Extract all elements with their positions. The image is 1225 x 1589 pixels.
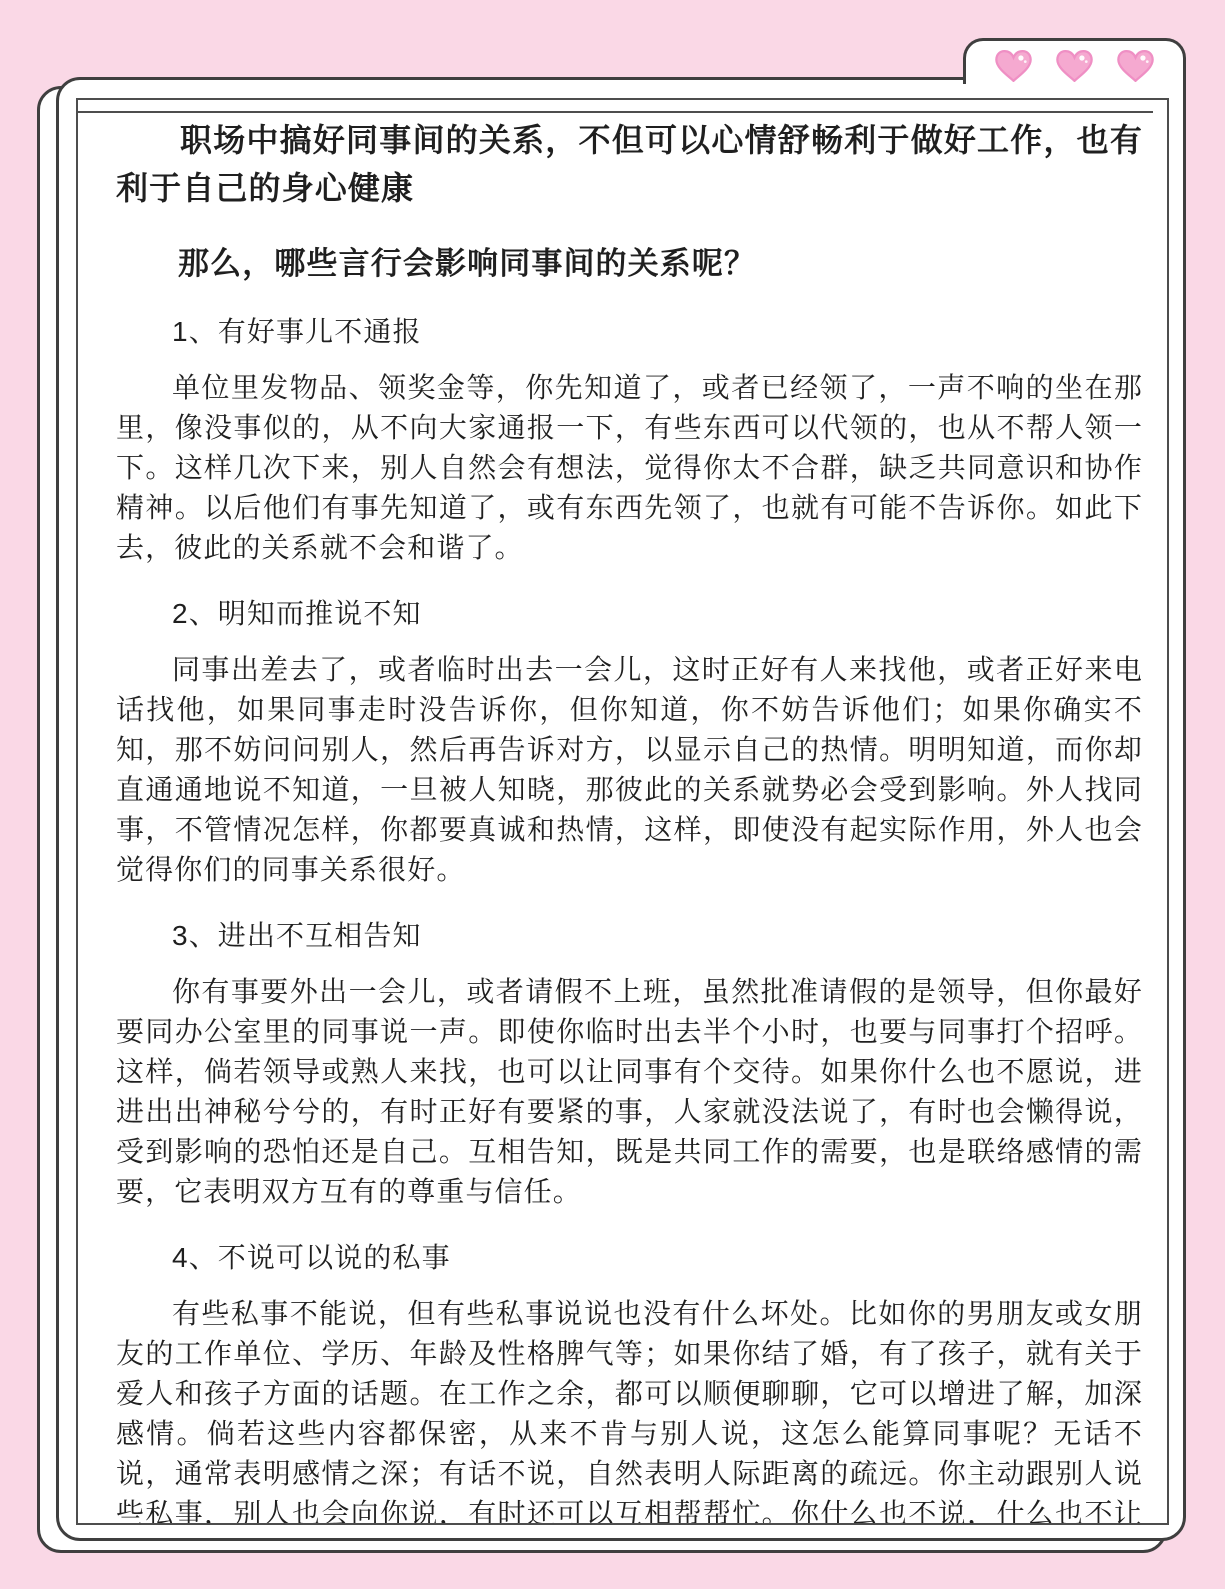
- inner-frame: 职场中搞好同事间的关系，不但可以心情舒畅利于做好工作，也有利于自己的身心健康 那…: [76, 98, 1169, 1525]
- section-3-paragraph: 你有事要外出一会儿，或者请假不上班，虽然批准请假的是领导，但你最好要同办公室里的…: [116, 972, 1143, 1212]
- question-heading: 那么，哪些言行会影响同事间的关系呢？: [116, 242, 1143, 286]
- section-4-heading: 4、不说可以说的私事: [116, 1238, 1143, 1278]
- page-background: 职场中搞好同事间的关系，不但可以心情舒畅利于做好工作，也有利于自己的身心健康 那…: [0, 0, 1225, 1589]
- intro-paragraph: 职场中搞好同事间的关系，不但可以心情舒畅利于做好工作，也有利于自己的身心健康: [116, 116, 1143, 212]
- main-card: 职场中搞好同事间的关系，不但可以心情舒畅利于做好工作，也有利于自己的身心健康 那…: [56, 77, 1186, 1541]
- section-3-heading: 3、进出不互相告知: [116, 916, 1143, 956]
- article: 职场中搞好同事间的关系，不但可以心情舒畅利于做好工作，也有利于自己的身心健康 那…: [116, 116, 1143, 1525]
- section-2-heading: 2、明知而推说不知: [116, 594, 1143, 634]
- section-2-paragraph: 同事出差去了，或者临时出去一会儿，这时正好有人来找他，或者正好来电话找他，如果同…: [116, 650, 1143, 890]
- heart-icon: [1056, 50, 1093, 82]
- hearts-tab: [963, 38, 1186, 84]
- heart-icon: [1117, 50, 1154, 82]
- section-1-heading: 1、有好事儿不通报: [116, 312, 1143, 352]
- header-band-line: [78, 111, 1153, 113]
- heart-icon: [995, 50, 1032, 82]
- section-1-paragraph: 单位里发物品、领奖金等，你先知道了，或者已经领了，一声不响的坐在那里，像没事似的…: [116, 368, 1143, 568]
- section-4-paragraph: 有些私事不能说，但有些私事说说也没有什么坏处。比如你的男朋友或女朋友的工作单位、…: [116, 1294, 1143, 1525]
